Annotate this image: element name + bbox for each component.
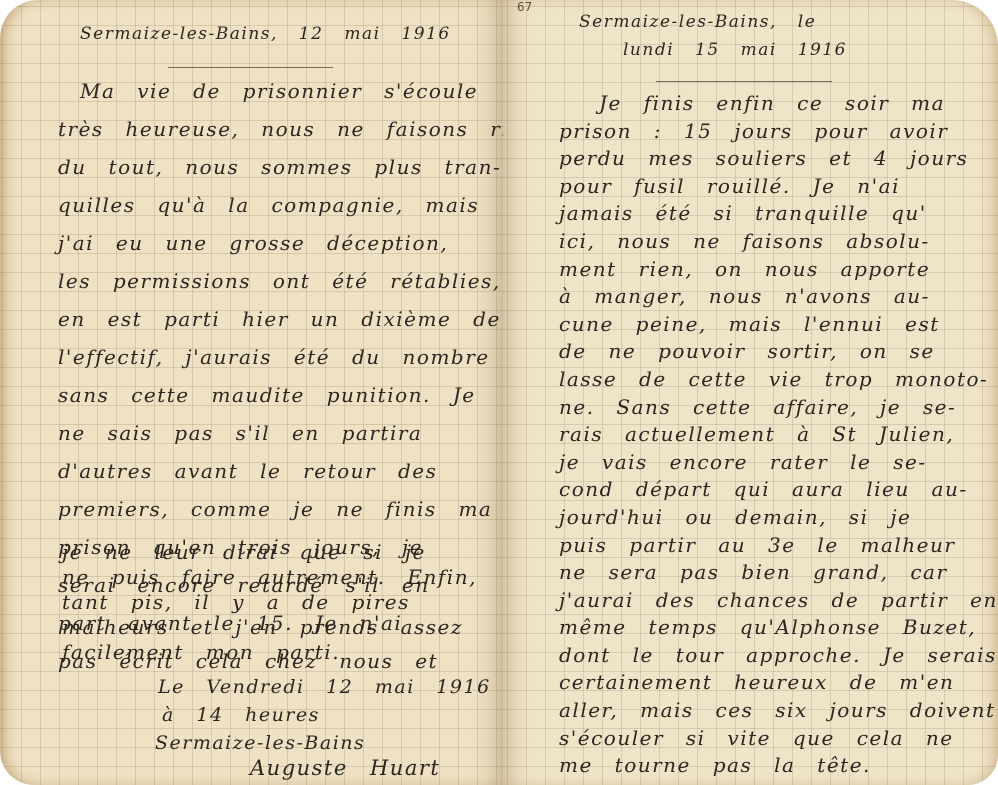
heading-underline bbox=[168, 67, 333, 68]
text-line: à manger, nous n'avons au- bbox=[559, 283, 998, 311]
text-line: prison : 15 jours pour avoir bbox=[559, 118, 998, 146]
text-line: je vais encore rater le se- bbox=[559, 449, 998, 477]
text-line: de ne pouvoir sortir, on se bbox=[559, 338, 998, 366]
text-line: très heureuse, nous ne faisons rien bbox=[58, 110, 503, 148]
text-line: lasse de cette vie trop monoto- bbox=[559, 366, 998, 394]
text-line: certainement heureux de m'en bbox=[559, 669, 998, 697]
text-line: rais actuellement à St Julien, bbox=[559, 421, 998, 449]
text-line: d'autres avant le retour des bbox=[58, 452, 503, 490]
text-line: Ma vie de prisonnier s'écoule bbox=[58, 72, 503, 110]
text-line: ne puis faire autrement. Enfin, bbox=[62, 565, 477, 590]
text-line: ment rien, on nous apporte bbox=[559, 256, 998, 284]
text-line: jourd'hui ou demain, si je bbox=[559, 504, 998, 532]
open-notebook: Sermaize-les-Bains, 12 mai 1916 Ma vie d… bbox=[0, 0, 998, 785]
text-line: me tourne pas la tête. bbox=[559, 752, 998, 780]
text-line: j'aurai des chances de partir en bbox=[559, 587, 998, 615]
text-line: jamais été si tranquille qu' bbox=[559, 200, 998, 228]
text-line: du tout, nous sommes plus tran- bbox=[58, 148, 503, 186]
text-line: l'effectif, j'aurais été du nombre bbox=[58, 338, 503, 376]
left-page-heading: Sermaize-les-Bains, 12 mai 1916 bbox=[80, 24, 451, 44]
text-line: Je finis enfin ce soir ma bbox=[559, 90, 998, 118]
text-line: ne sais pas s'il en partira bbox=[58, 414, 503, 452]
text-line: même temps qu'Alphonse Buzet, bbox=[559, 614, 998, 642]
text-line: j'ai eu une grosse déception, bbox=[58, 224, 503, 262]
page-number: 67 bbox=[517, 0, 532, 14]
left-page: Sermaize-les-Bains, 12 mai 1916 Ma vie d… bbox=[0, 0, 503, 785]
signature: Auguste Huart bbox=[250, 753, 440, 783]
text-line: je ne leur dirai que si je bbox=[62, 540, 477, 565]
text-line: quilles qu'à la compagnie, mais bbox=[58, 186, 503, 224]
right-page-body: Je finis enfin ce soir ma prison : 15 jo… bbox=[559, 90, 998, 780]
text-line: perdu mes souliers et 4 jours bbox=[559, 145, 998, 173]
text-line: malheurs et j'en prends assez bbox=[62, 615, 477, 640]
text-line: tant pis, il y a de pires bbox=[62, 590, 477, 615]
text-line: facilement mon parti. bbox=[62, 640, 477, 665]
right-page-heading-line1: Sermaize-les-Bains, le bbox=[579, 12, 816, 32]
text-line: cond départ qui aura lieu au- bbox=[559, 476, 998, 504]
closing-time: à 14 heures bbox=[162, 700, 320, 730]
text-line: ici, nous ne faisons absolu- bbox=[559, 228, 998, 256]
left-page-body-end: je ne leur dirai que si je ne puis faire… bbox=[62, 540, 477, 665]
text-line: cune peine, mais l'ennui est bbox=[559, 311, 998, 339]
text-line: premiers, comme je ne finis ma bbox=[58, 490, 503, 528]
right-page-heading-line2: lundi 15 mai 1916 bbox=[623, 40, 847, 60]
text-line: les permissions ont été rétablies, il bbox=[58, 262, 503, 300]
right-page: 67 Sermaize-les-Bains, le lundi 15 mai 1… bbox=[503, 0, 998, 785]
text-line: ne sera pas bien grand, car bbox=[559, 559, 998, 587]
text-line: sans cette maudite punition. Je bbox=[58, 376, 503, 414]
text-line: en est parti hier un dixième de bbox=[58, 300, 503, 338]
text-line: ne. Sans cette affaire, je se- bbox=[559, 394, 998, 422]
text-line: puis partir au 3e le malheur bbox=[559, 532, 998, 560]
text-line: s'écouler si vite que cela ne bbox=[559, 725, 998, 753]
text-line: aller, mais ces six jours doivent bbox=[559, 697, 998, 725]
text-line: dont le tour approche. Je serais bbox=[559, 642, 998, 670]
closing-date: Le Vendredi 12 mai 1916 bbox=[158, 672, 491, 702]
heading-underline bbox=[656, 81, 832, 82]
text-line: pour fusil rouillé. Je n'ai bbox=[559, 173, 998, 201]
